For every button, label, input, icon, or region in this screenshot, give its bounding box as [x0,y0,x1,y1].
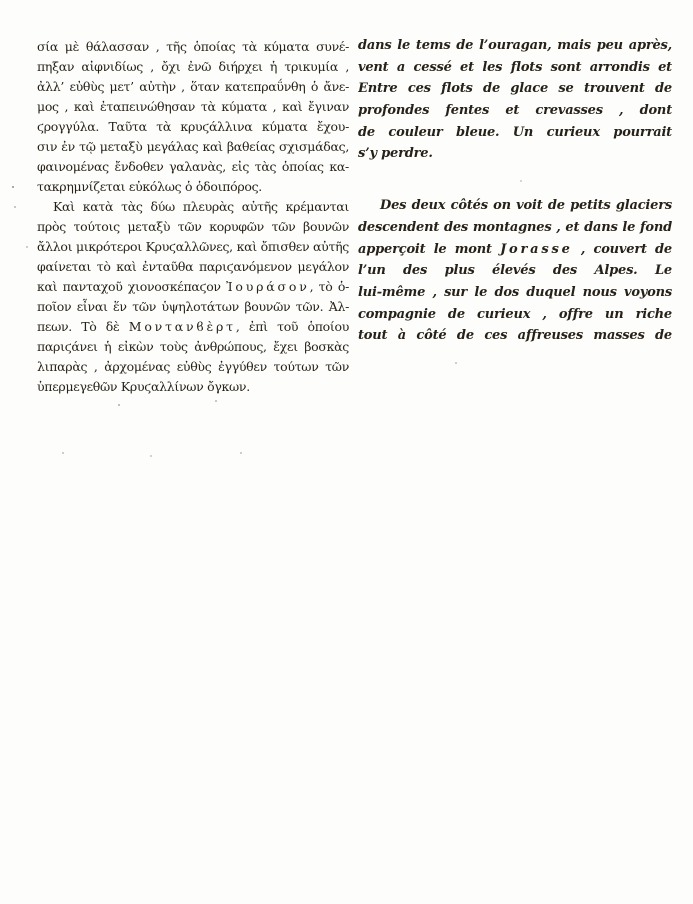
text-line: πηξαν αἰφνιδίως , ὄχι ἐνῶ διήρχει ἡ τρικ… [37,57,349,77]
text-line: πρὸς τούτοις μεταξὺ τῶν κορυφῶν τῶν βουν… [37,217,349,237]
text-line: Entre ces flots de glace se trouvent de … [358,78,672,100]
scan-speckles [0,0,2,2]
text-line: ἀλλ’ εὐθὺς μετ’ αὐτὴν , ὅταν κατεπραΰνθη… [37,77,349,97]
text-line: καὶ πανταχοῦ χιονοσκέπαϛον Ἰουράσον, τὸ … [37,277,349,297]
text-line: s’y perdre. [358,143,672,165]
text-line: descendent des montagnes , et dans le fo… [358,217,672,239]
paragraph: Des deux côtés on voit de petits glacier… [358,195,672,347]
text-line: vent a cessé et les flots sont arrondis … [358,57,672,79]
text-line: ποῖον εἶναι ἕν τῶν ὑψηλοτάτων βουνῶν τῶν… [37,297,349,317]
greek-text-column: σία μὲ θάλασσαν , τῆς ὁποίας τὰ κύματα σ… [37,37,349,397]
paragraph: Καὶ κατὰ τὰς δύω πλευρὰς αὐτῆς κρέμανται… [37,197,349,397]
text-line: σία μὲ θάλασσαν , τῆς ὁποίας τὰ κύματα σ… [37,37,349,57]
text-line: Καὶ κατὰ τὰς δύω πλευρὰς αὐτῆς κρέμανται [37,197,349,217]
text-line: φαίνεται τὸ καὶ ἐνταῦθα παριϛανόμενον με… [37,257,349,277]
text-line: λιπαρὰς , ἀρχομένας εὐθὺς ἐγγύθεν τούτων… [37,357,349,377]
text-line: l’un des plus élevés des Alpes. Le Monta… [358,260,672,282]
text-line: dans le tems de l’ouragan, mais peu aprè… [358,35,672,57]
text-line: profondes fentes et crevasses , dont l’i… [358,100,672,122]
text-line: lui-même , sur le dos duquel nous voyons… [358,282,672,304]
scanned-page: σία μὲ θάλασσαν , τῆς ὁποίας τὰ κύματα σ… [0,0,693,904]
text-line: φαινομένας ἔνδοθεν γαλανὰς, εἰς τὰς ὁποί… [37,157,349,177]
text-line: μος , καὶ ἐταπεινώθησαν τὰ κύματα , καὶ … [37,97,349,117]
text-line: tout à côté de ces affreuses masses de g… [358,325,672,347]
text-line: Des deux côtés on voit de petits glacier… [358,195,672,217]
paragraph: σία μὲ θάλασσαν , τῆς ὁποίας τὰ κύματα σ… [37,37,349,197]
text-line: τακρημνίζεται εὐκόλως ὁ ὁδοιπόρος. [37,177,349,197]
text-line: apperçoit le mont Jorasse , couvert de n… [358,239,672,261]
paragraph: dans le tems de l’ouragan, mais peu aprè… [358,35,672,165]
french-text-column: dans le tems de l’ouragan, mais peu aprè… [358,35,672,347]
text-line: πεων. Τὸ δὲ Μοντανϐὲρτ, ἐπὶ τοῦ ὁποίου [37,317,349,337]
text-line: ὑπερμεγεθῶν Κρυϛαλλίνων ὄγκων. [37,377,349,397]
text-line: ϛρογγύλα. Ταῦτα τὰ κρυϛάλλινα κύματα ἔχο… [37,117,349,137]
text-line: compagnie de curieux , offre un riche pâ… [358,304,672,326]
text-line: σιν ἐν τῷ μεταξὺ μεγάλας καὶ βαθείας σχι… [37,137,349,157]
text-line: παριϛάνει ἡ εἰκὼν τοὺς ἀνθρώπους, ἔχει β… [37,337,349,357]
letterspaced-proper-noun: Μοντανϐὲρτ [129,319,236,334]
text-line: de couleur bleue. Un curieux pourrait ai… [358,122,672,144]
letterspaced-proper-noun: Ἰουράσον [226,279,309,294]
letterspaced-proper-noun: Jorasse [500,242,573,257]
text-line: ἄλλοι μικρότεροι Κρυϛαλλῶνες, καὶ ὄπισθε… [37,237,349,257]
